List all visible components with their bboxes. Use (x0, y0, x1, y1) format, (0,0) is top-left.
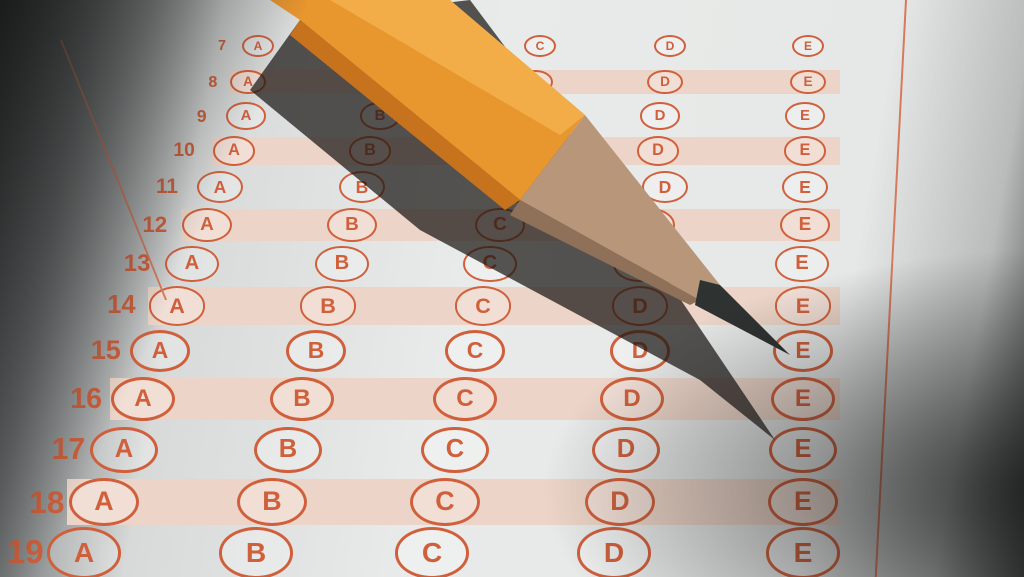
photo-scene: 7ABCDE8ABCDE9ABCDE10ABCDE11ABCDE12ABCDE1… (0, 0, 1024, 577)
pencil-illustration (0, 0, 1024, 577)
